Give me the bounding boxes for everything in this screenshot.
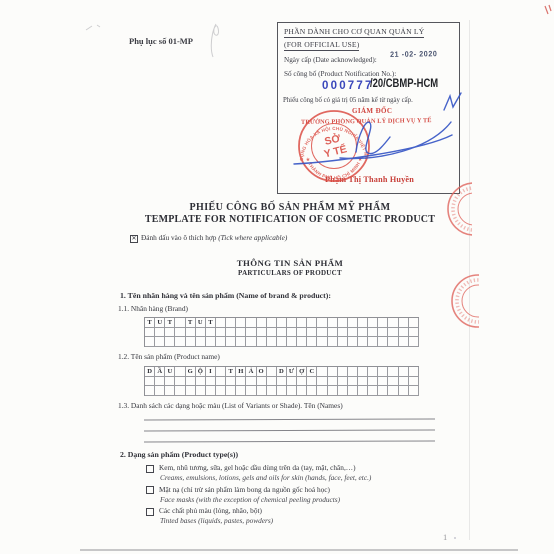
tick-instruction-en: (Tick where applicable) (218, 233, 287, 242)
grid-cell (267, 328, 277, 338)
grid-cell (328, 367, 338, 377)
grid-cell (277, 386, 287, 396)
grid-cell (226, 386, 236, 396)
grid-cell (317, 367, 327, 377)
grid-cell (317, 318, 327, 328)
grid-cell: T (186, 318, 196, 328)
brand-name-grid: TUTTUT (144, 317, 419, 347)
grid-cell (257, 337, 267, 347)
grid-cell (388, 386, 398, 396)
grid-cell (277, 377, 287, 387)
grid-cell (246, 386, 256, 396)
grid-cell: U (155, 318, 165, 328)
grid-cell (287, 328, 297, 338)
grid-cell (399, 337, 409, 347)
grid-cell (216, 367, 226, 377)
grid-cell (277, 328, 287, 338)
page-edge-stamp-bottom (452, 275, 504, 327)
product-type-option: Mặt nạ (chỉ trừ sản phẩm làm bong da ngu… (146, 485, 446, 506)
grid-cell (388, 367, 398, 377)
grid-cell (236, 377, 246, 387)
option-label-vi: Kem, nhũ tương, sữa, gel hoặc dầu dùng t… (159, 463, 371, 473)
grid-cell (226, 328, 236, 338)
grid-cell (175, 328, 185, 338)
grid-cell: Ư (287, 367, 297, 377)
grid-cell (186, 386, 196, 396)
date-stamp: 21 -02- 2020 (390, 49, 437, 59)
grid-cell (267, 386, 277, 396)
grid-cell (246, 328, 256, 338)
grid-cell: C (307, 367, 317, 377)
grid-cell (358, 328, 368, 338)
grid-cell (348, 337, 358, 347)
grid-cell: Ộ (196, 367, 206, 377)
grid-cell (216, 386, 226, 396)
grid-cell (348, 367, 358, 377)
section1-heading: 1. Tên nhãn hàng và tên sản phẩm (Name o… (120, 291, 331, 300)
grid-cell (246, 337, 256, 347)
signer-name: Phạm Thị Thanh Huyền (325, 175, 414, 184)
grid-cell (358, 377, 368, 387)
grid-cell (287, 318, 297, 328)
official-use-box: PHẦN DÀNH CHO CƠ QUAN QUẢN LÝ (FOR OFFIC… (277, 22, 460, 194)
grid-cell (348, 386, 358, 396)
grid-cell: I (206, 367, 216, 377)
option-label-en: Face masks (with the exception of chemic… (160, 495, 340, 505)
red-corner-mark (545, 5, 551, 14)
grid-cell (236, 328, 246, 338)
grid-cell (378, 367, 388, 377)
official-box-heading-vi: PHẦN DÀNH CHO CƠ QUAN QUẢN LÝ (284, 27, 424, 36)
grid-cell (257, 386, 267, 396)
grid-cell (409, 337, 419, 347)
grid-cell (165, 328, 175, 338)
grid-cell: H (236, 367, 246, 377)
grid-cell (328, 377, 338, 387)
grid-cell (226, 337, 236, 347)
option-label-en: Creams, emulsions, lotions, gels and oil… (160, 473, 371, 483)
grid-cell (368, 328, 378, 338)
grid-cell (317, 377, 327, 387)
grid-cell: T (226, 367, 236, 377)
grid-cell (267, 337, 277, 347)
grid-cell: Ả (246, 367, 256, 377)
grid-cell (399, 386, 409, 396)
grid-cell: Ầ (155, 367, 165, 377)
grid-cell (196, 328, 206, 338)
grid-cell (368, 337, 378, 347)
grid-cell (206, 386, 216, 396)
grid-cell (175, 386, 185, 396)
grid-cell (409, 328, 419, 338)
grid-cell (368, 377, 378, 387)
grid-cell (155, 386, 165, 396)
grid-cell (145, 328, 155, 338)
grid-cell: U (165, 367, 175, 377)
grid-cell (317, 386, 327, 396)
grid-cell (155, 328, 165, 338)
grid-cell: O (257, 367, 267, 377)
grid-cell (409, 318, 419, 328)
grid-cell (257, 377, 267, 387)
grid-cell (358, 318, 368, 328)
grid-cell (297, 386, 307, 396)
grid-cell (155, 377, 165, 387)
grid-cell (378, 318, 388, 328)
approver-title-line2: TRƯỞNG PHÒNG QUẢN LÝ DỊCH VỤ Y TẾ (301, 117, 432, 126)
grid-cell (287, 337, 297, 347)
grid-cell: T (145, 318, 155, 328)
date-acknowledged-label: Ngày cấp (Date acknowledged): (284, 56, 377, 64)
appendix-label: Phụ lục số 01-MP (129, 36, 193, 46)
grid-cell (388, 337, 398, 347)
grid-cell (165, 337, 175, 347)
grid-cell (145, 377, 155, 387)
grid-cell (399, 328, 409, 338)
product-info-heading-en: PARTICULARS OF PRODUCT (80, 269, 500, 277)
tick-instruction-vi: Đánh dấu vào ô thích hợp (141, 233, 218, 242)
grid-cell (338, 377, 348, 387)
grid-cell (196, 337, 206, 347)
grid-cell (297, 377, 307, 387)
grid-cell (328, 328, 338, 338)
grid-cell (378, 328, 388, 338)
grid-cell (206, 377, 216, 387)
unchecked-checkbox-icon (146, 486, 154, 494)
grid-cell (368, 367, 378, 377)
grid-cell (277, 318, 287, 328)
page-number: 1 (443, 532, 447, 542)
product-type-options: Kem, nhũ tương, sữa, gel hoặc dầu dùng t… (146, 463, 446, 528)
grid-cell (338, 367, 348, 377)
grid-cell (399, 377, 409, 387)
product-type-option: Các chất phủ màu (lỏng, nhão, bột) Tinte… (146, 506, 446, 527)
grid-cell (338, 337, 348, 347)
grid-cell (358, 386, 368, 396)
grid-cell (206, 337, 216, 347)
grid-cell (226, 377, 236, 387)
grid-cell: T (206, 318, 216, 328)
grid-cell (409, 377, 419, 387)
grid-cell: D (145, 367, 155, 377)
variants-label: 1.3. Danh sách các dạng hoặc màu (List o… (118, 401, 343, 410)
grid-cell (206, 328, 216, 338)
product-name-label: 1.2. Tên sản phẩm (Product name) (118, 352, 220, 361)
grid-cell (236, 318, 246, 328)
grid-cell (317, 337, 327, 347)
grid-cell (328, 318, 338, 328)
grid-cell (175, 367, 185, 377)
grid-cell (399, 367, 409, 377)
grid-cell (287, 386, 297, 396)
section2-heading: 2. Dạng sản phẩm (Product type(s)) (120, 450, 238, 459)
grid-cell (399, 318, 409, 328)
grid-cell (388, 377, 398, 387)
grid-cell (175, 337, 185, 347)
grid-cell (338, 386, 348, 396)
grid-cell (186, 337, 196, 347)
product-name-grid: DẦUGỘITHẢODƯỢC (144, 366, 419, 396)
grid-cell (338, 328, 348, 338)
option-label-vi: Các chất phủ màu (lỏng, nhão, bột) (159, 506, 273, 516)
form-title-vi: PHIẾU CÔNG BỐ SẢN PHẨM MỸ PHẨM (80, 202, 500, 213)
product-info-heading-vi: THÔNG TIN SẢN PHẨM (80, 258, 500, 268)
grid-cell (165, 386, 175, 396)
grid-cell (236, 337, 246, 347)
notification-number-stamp: 000777 (322, 80, 374, 92)
notification-number-suffix: /20/CBMP-HCM (370, 78, 438, 90)
grid-cell (328, 386, 338, 396)
grid-cell (328, 337, 338, 347)
grid-cell (246, 318, 256, 328)
grid-cell (368, 318, 378, 328)
grid-cell (175, 318, 185, 328)
grid-cell (297, 318, 307, 328)
grid-cell (216, 377, 226, 387)
grid-cell (257, 318, 267, 328)
grid-cell (297, 337, 307, 347)
scan-bottom-edge (80, 549, 518, 551)
validity-note: Phiếu công bố có giá trị 05 năm kể từ ng… (283, 97, 448, 104)
grid-cell (348, 318, 358, 328)
approver-title-line1: GIÁM ĐỐC (352, 107, 392, 115)
grid-cell (246, 377, 256, 387)
grid-cell (175, 377, 185, 387)
grid-cell (358, 367, 368, 377)
grid-cell (317, 328, 327, 338)
grid-cell: U (196, 318, 206, 328)
unchecked-checkbox-icon (146, 465, 154, 473)
checked-checkbox-icon: ✕ (130, 235, 138, 243)
grid-cell (226, 318, 236, 328)
scan-speck (454, 537, 456, 539)
grid-cell (155, 337, 165, 347)
brand-label: 1.1. Nhãn hàng (Brand) (118, 304, 188, 313)
grid-cell (145, 337, 155, 347)
grid-cell (267, 367, 277, 377)
option-label-vi: Mặt nạ (chỉ trừ sản phẩm làm bong da ngu… (159, 485, 340, 495)
writing-line (144, 418, 435, 420)
grid-cell (307, 318, 317, 328)
grid-cell (216, 328, 226, 338)
grid-cell (378, 377, 388, 387)
writing-line (144, 429, 435, 431)
grid-cell (236, 386, 246, 396)
grid-cell (165, 377, 175, 387)
notification-number-label: Số công bố (Product Notification No.): (284, 70, 396, 78)
official-box-heading-en: (FOR OFFICIAL USE) (284, 40, 359, 49)
grid-cell (409, 386, 419, 396)
grid-cell (145, 386, 155, 396)
unchecked-checkbox-icon (146, 508, 154, 516)
grid-cell (307, 328, 317, 338)
writing-line (144, 440, 435, 442)
page-edge-line (469, 20, 470, 540)
grid-cell: G (186, 367, 196, 377)
grid-cell (216, 337, 226, 347)
grid-cell (378, 386, 388, 396)
tick-instruction: ✕Đánh dấu vào ô thích hợp (Tick where ap… (130, 233, 287, 243)
grid-cell (378, 337, 388, 347)
grid-cell (368, 386, 378, 396)
product-type-option: Kem, nhũ tương, sữa, gel hoặc dầu dùng t… (146, 463, 446, 484)
grid-cell (216, 318, 226, 328)
form-title-en: TEMPLATE FOR NOTIFICATION OF COSMETIC PR… (80, 214, 500, 225)
grid-cell (338, 318, 348, 328)
grid-cell (388, 328, 398, 338)
grid-cell (307, 337, 317, 347)
grid-cell (267, 377, 277, 387)
grid-cell (196, 386, 206, 396)
grid-cell (257, 328, 267, 338)
grid-cell (307, 377, 317, 387)
grid-cell (409, 367, 419, 377)
scanned-document-page: Phụ lục số 01-MP PHẦN DÀNH CHO CƠ QUAN Q… (0, 0, 554, 554)
grid-cell: Ợ (297, 367, 307, 377)
grid-cell (287, 377, 297, 387)
grid-cell (297, 328, 307, 338)
grid-cell (277, 337, 287, 347)
grid-cell (196, 377, 206, 387)
grid-cell (388, 318, 398, 328)
grid-cell (186, 377, 196, 387)
grid-cell: D (277, 367, 287, 377)
grid-cell (358, 337, 368, 347)
grid-cell (307, 386, 317, 396)
grid-cell: T (165, 318, 175, 328)
option-label-en: Tinted bases (liquids, pastes, powders) (160, 516, 273, 526)
grid-cell (348, 328, 358, 338)
grid-cell (348, 377, 358, 387)
grid-cell (267, 318, 277, 328)
grid-cell (186, 328, 196, 338)
